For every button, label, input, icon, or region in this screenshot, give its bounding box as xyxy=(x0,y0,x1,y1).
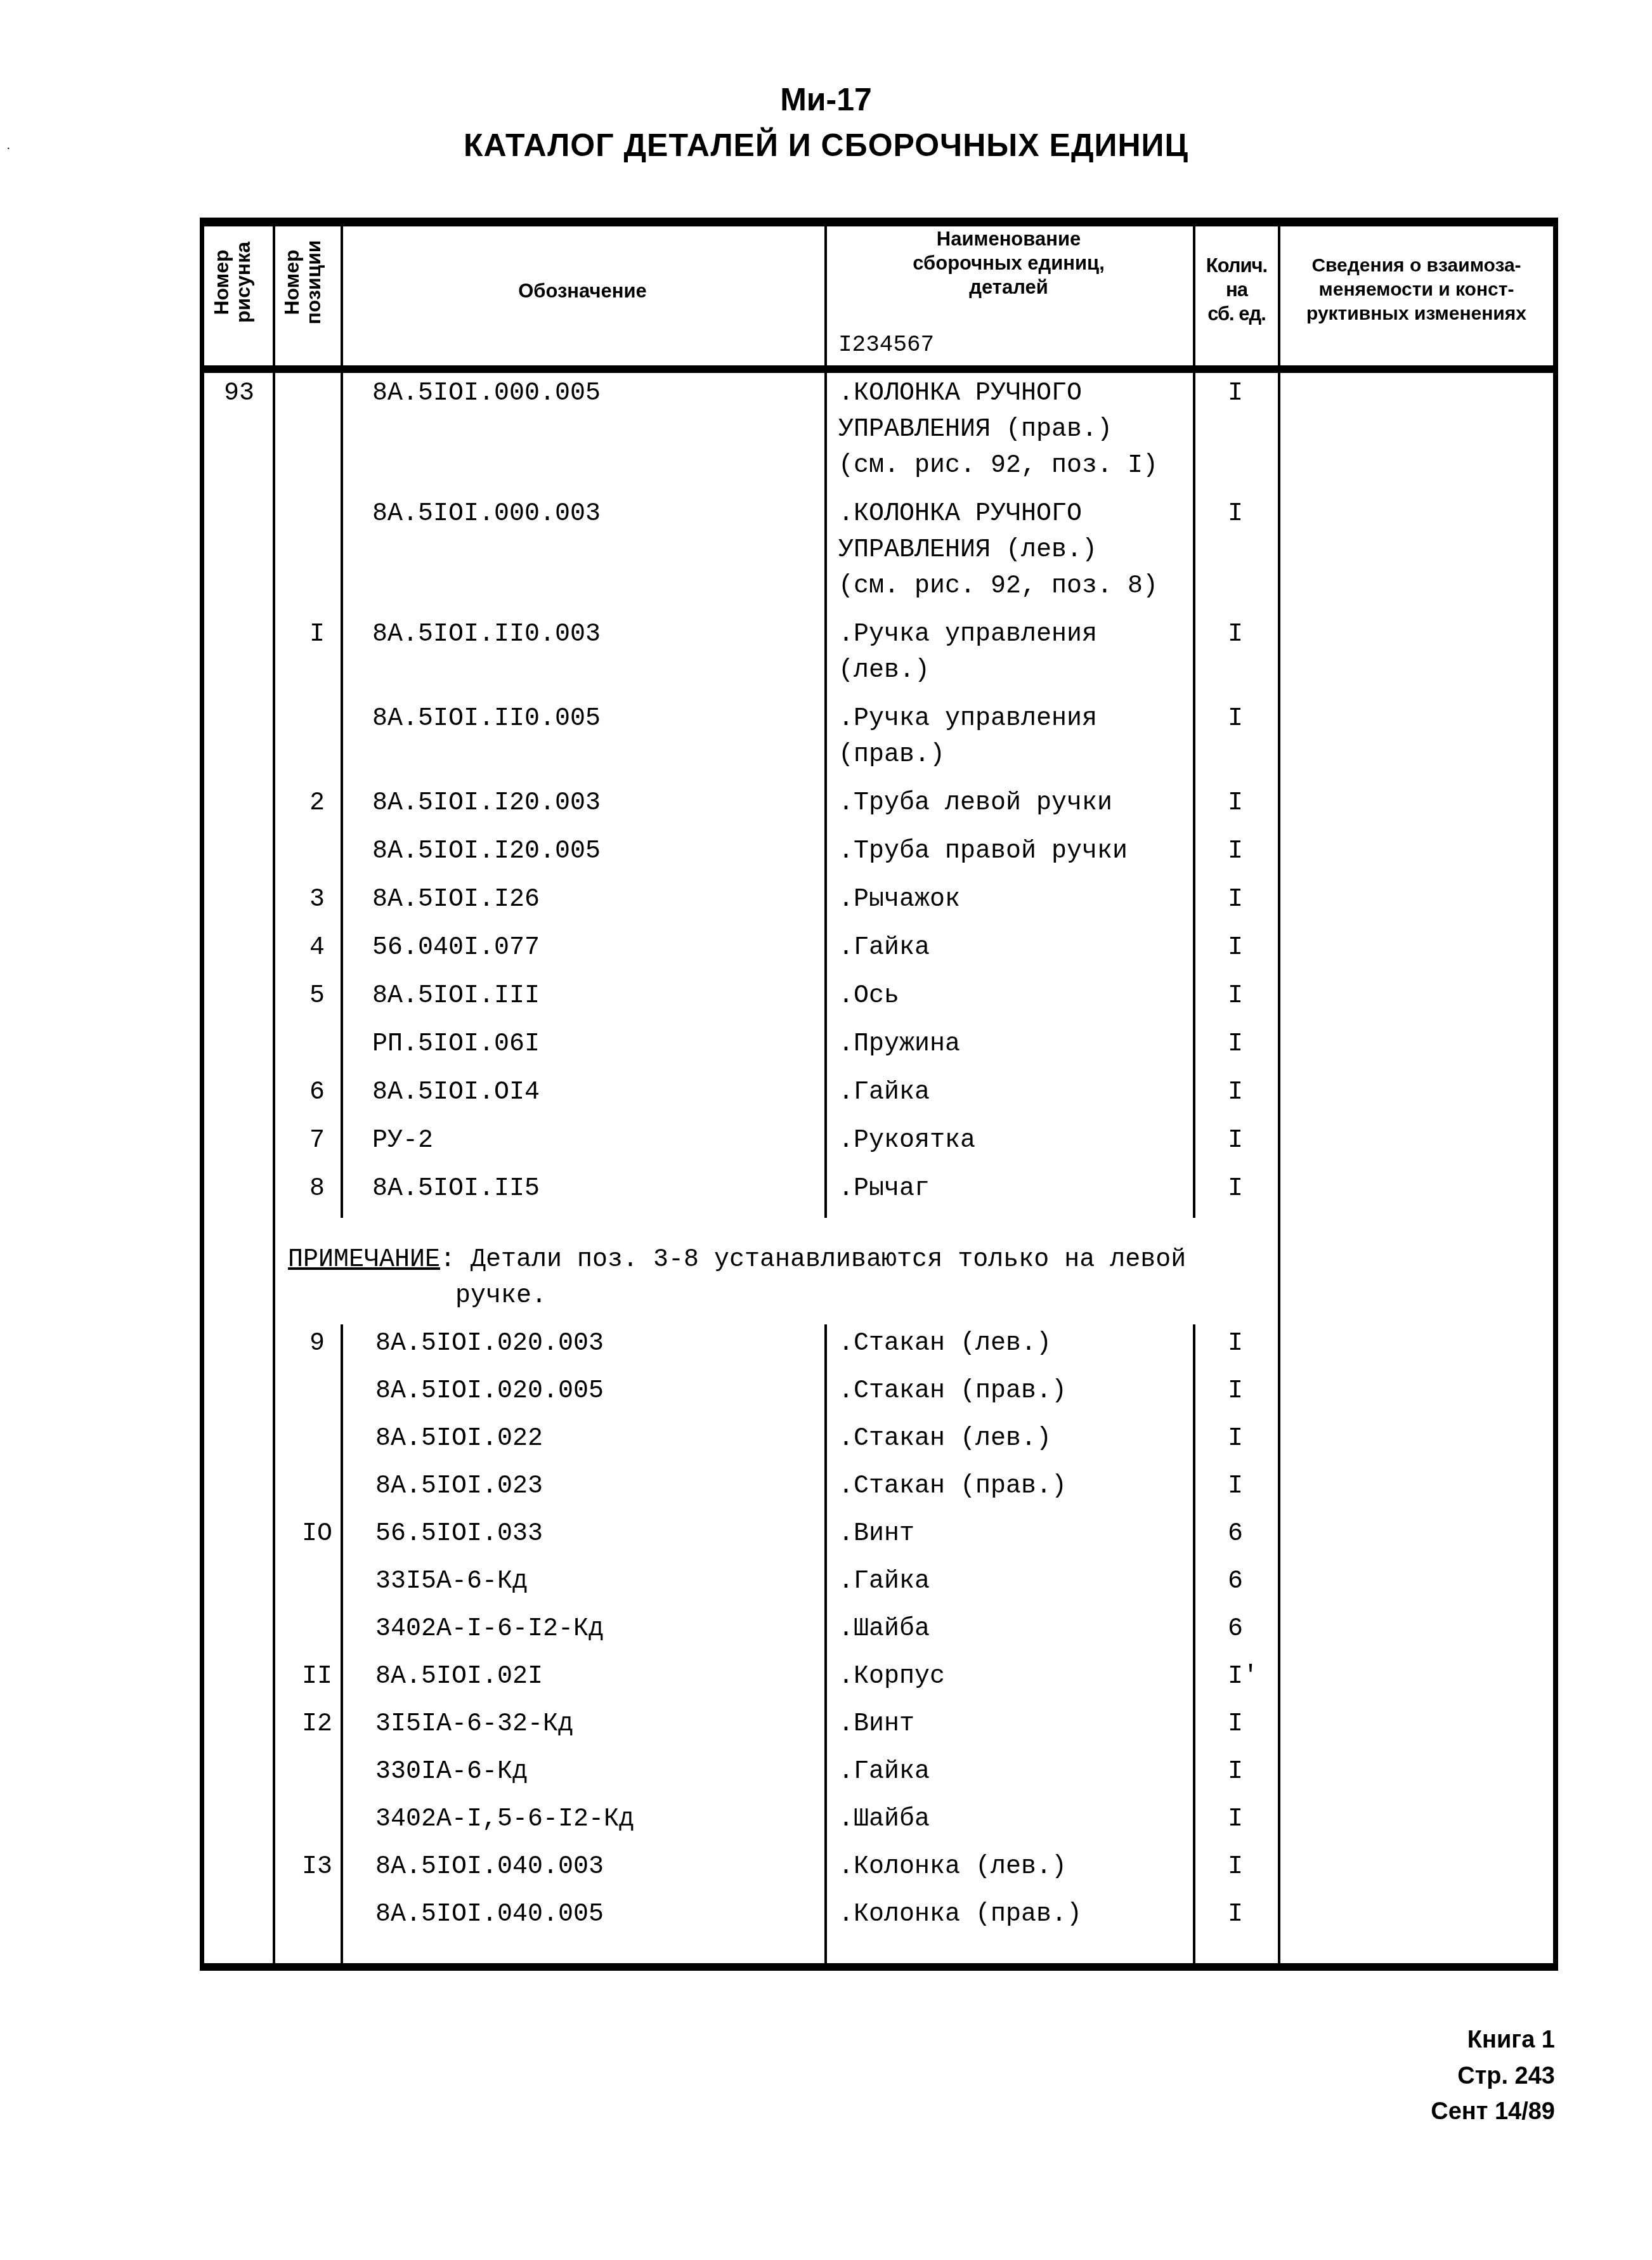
position-number: 5 xyxy=(298,978,336,1014)
part-name: .Труба левой ручки xyxy=(838,785,1112,821)
part-name: .Гайка xyxy=(838,1564,930,1600)
position-number: 7 xyxy=(298,1123,336,1159)
part-name: .Гайка xyxy=(838,930,930,966)
part-name: .КОЛОНКА РУЧНОГО УПРАВЛЕНИЯ (прав.) (см.… xyxy=(838,376,1158,484)
quantity: I xyxy=(1228,376,1243,412)
part-name: .Ручка управления (лев.) xyxy=(838,617,1097,689)
designation: 8А.5IOI.000.005 xyxy=(372,376,601,412)
note-text: : Детали поз. 3-8 устанавливаются только… xyxy=(440,1242,1186,1278)
quantity: I xyxy=(1228,1706,1243,1742)
quantity: I xyxy=(1228,701,1243,737)
position-number: I xyxy=(298,617,336,653)
position-number: 3 xyxy=(298,882,336,918)
part-name: .КОЛОНКА РУЧНОГО УПРАВЛЕНИЯ (лев.) (см. … xyxy=(838,496,1158,604)
table-right-border xyxy=(1553,218,1558,1971)
col-rule-pos xyxy=(341,218,343,1218)
quantity: I xyxy=(1228,1754,1243,1790)
part-name: .Шайба xyxy=(838,1801,930,1838)
designation: 56.040I.077 xyxy=(372,930,540,966)
part-name: .Гайка xyxy=(838,1754,930,1790)
model-title: Ми-17 xyxy=(0,81,1652,118)
designation: 8А.5IOI.I26 xyxy=(372,882,540,918)
quantity: I xyxy=(1228,930,1243,966)
designation: 8А.5IOI.040.005 xyxy=(375,1897,604,1933)
quantity: I xyxy=(1228,1074,1243,1111)
quantity: 6 xyxy=(1228,1564,1243,1600)
header-name: Наименование сборочных единиц, деталей xyxy=(824,227,1193,299)
part-name: .Труба правой ручки xyxy=(838,833,1128,870)
scan-mark: · xyxy=(6,141,11,155)
position-number: 9 xyxy=(292,1326,342,1362)
designation: 8А.5IOI.023 xyxy=(375,1468,543,1505)
note-label: ПРИМЕЧАНИЕ xyxy=(288,1242,440,1278)
part-name: .Стакан (лев.) xyxy=(838,1421,1051,1457)
part-name: .Пружина xyxy=(838,1026,960,1062)
designation: 8А.5IOI.III xyxy=(372,978,540,1014)
quantity: I xyxy=(1228,1849,1243,1885)
quantity: 6 xyxy=(1228,1611,1243,1647)
quantity: I xyxy=(1228,1373,1243,1409)
quantity: I' xyxy=(1228,1659,1258,1695)
quantity: I xyxy=(1228,978,1243,1014)
quantity: I xyxy=(1228,617,1243,653)
designation: 8А.5IOI.I20.005 xyxy=(372,833,601,870)
quantity: I xyxy=(1228,882,1243,918)
quantity: I xyxy=(1228,1468,1243,1505)
header-pos-no: Номер позиции xyxy=(281,219,324,346)
position-number: 2 xyxy=(298,785,336,821)
part-name: .Винт xyxy=(838,1706,914,1742)
header-designation: Обозначение xyxy=(341,279,824,303)
designation: 8А.5IOI.000.003 xyxy=(372,496,601,532)
col-rule-name xyxy=(824,218,827,1218)
designation: 330IА-6-Кд xyxy=(375,1754,528,1790)
col-rule-name xyxy=(824,1324,827,1963)
quantity: I xyxy=(1228,1801,1243,1838)
designation: 3402А-I-6-I2-Кд xyxy=(375,1611,604,1647)
header-qty: Колич. на сб. ед. xyxy=(1192,254,1282,326)
part-name: .Корпус xyxy=(838,1659,945,1695)
designation: 8А.5IOI.II5 xyxy=(372,1171,540,1207)
fig-number: 93 xyxy=(224,376,254,412)
part-name: .Колонка (лев.) xyxy=(838,1849,1067,1885)
part-name: .Рукоятка xyxy=(838,1123,975,1159)
quantity: 6 xyxy=(1228,1516,1243,1552)
designation: 8А.5IOI.I20.003 xyxy=(372,785,601,821)
position-number: 8 xyxy=(298,1171,336,1207)
designation: 3402А-I,5-6-I2-Кд xyxy=(375,1801,634,1838)
designation: 8А.5IOI.02I xyxy=(375,1659,543,1695)
footer-revision: Сент 14/89 xyxy=(1431,2098,1555,2126)
designation: 8А.5IOI.022 xyxy=(375,1421,543,1457)
part-name: .Гайка xyxy=(838,1074,930,1111)
designation: 3I5IА-6-32-Кд xyxy=(375,1706,573,1742)
part-name: .Ось xyxy=(838,978,899,1014)
header-indent-scale: I234567 xyxy=(838,327,934,363)
part-name: .Стакан (прав.) xyxy=(838,1468,1067,1505)
part-name: .Шайба xyxy=(838,1611,930,1647)
designation: 8А.5IOI.020.005 xyxy=(375,1373,604,1409)
quantity: I xyxy=(1228,1897,1243,1933)
col-rule-qty xyxy=(1193,218,1195,1218)
position-number: II xyxy=(292,1659,342,1695)
position-number: I2 xyxy=(292,1706,342,1742)
header-fig-no: Номер рисунка xyxy=(211,219,254,346)
position-number: IO xyxy=(292,1516,342,1552)
col-rule-fig xyxy=(273,218,275,1963)
quantity: I xyxy=(1228,833,1243,870)
header-interchange: Сведения о взаимоза- меняемости и конст-… xyxy=(1280,254,1552,326)
col-rule-interchange xyxy=(1278,218,1280,1963)
part-name: .Стакан (прав.) xyxy=(838,1373,1067,1409)
designation: РУ-2 xyxy=(372,1123,433,1159)
designation: 33I5А-6-Кд xyxy=(375,1564,528,1600)
footer-page: Стр. 243 xyxy=(1457,2063,1555,2090)
designation: 8А.5IOI.020.003 xyxy=(375,1326,604,1362)
designation: 8А.5IOI.040.003 xyxy=(375,1849,604,1885)
part-name: .Ручка управления (прав.) xyxy=(838,701,1097,773)
quantity: I xyxy=(1228,496,1243,532)
part-name: .Колонка (прав.) xyxy=(838,1897,1082,1933)
position-number: 6 xyxy=(298,1074,336,1111)
designation: 8А.5IOI.II0.003 xyxy=(372,617,601,653)
table-bottom-border xyxy=(200,1963,1558,1971)
quantity: I xyxy=(1228,1171,1243,1207)
quantity: I xyxy=(1228,1026,1243,1062)
position-number: 4 xyxy=(298,930,336,966)
quantity: I xyxy=(1228,1326,1243,1362)
quantity: I xyxy=(1228,785,1243,821)
table-left-border xyxy=(200,218,204,1971)
note-text-cont: ручке. xyxy=(455,1278,547,1314)
col-rule-qty xyxy=(1193,1324,1195,1963)
part-name: .Рычаг xyxy=(838,1171,930,1207)
header-bottom-border xyxy=(200,365,1558,373)
part-name: .Рычажок xyxy=(838,882,960,918)
quantity: I xyxy=(1228,1421,1243,1457)
designation: 8А.5IOI.II0.005 xyxy=(372,701,601,737)
quantity: I xyxy=(1228,1123,1243,1159)
catalog-title: КАТАЛОГ ДЕТАЛЕЙ И СБОРОЧНЫХ ЕДИНИЦ xyxy=(0,127,1652,164)
position-number: I3 xyxy=(292,1849,342,1885)
designation: РП.5IOI.06I xyxy=(372,1026,540,1062)
table-top-border xyxy=(200,218,1558,226)
designation: 8А.5IOI.OI4 xyxy=(372,1074,540,1111)
designation: 56.5IOI.033 xyxy=(375,1516,543,1552)
part-name: .Винт xyxy=(838,1516,914,1552)
footer-book: Книга 1 xyxy=(1467,2027,1555,2054)
part-name: .Стакан (лев.) xyxy=(838,1326,1051,1362)
